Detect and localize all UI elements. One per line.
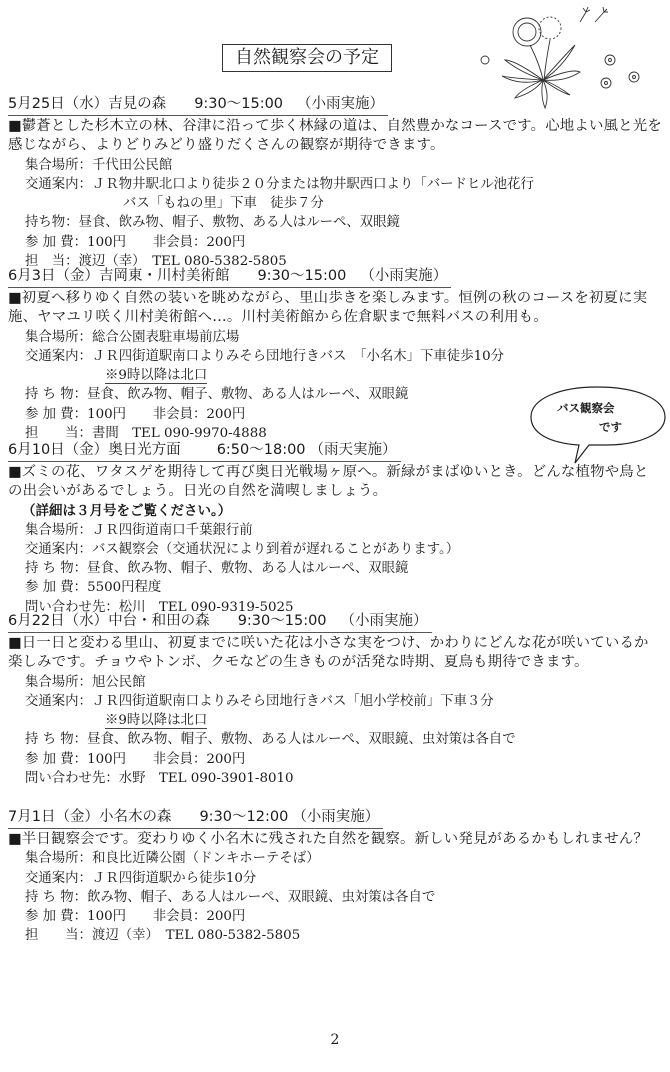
event-section: 7月1日（金）小名木の森9:30～12:00（小雨実施） ■半日観察会です。変わ… (8, 806, 663, 946)
detail-row: 交通案内：ＪＲ四街道駅から徒歩10分 (8, 869, 663, 888)
detail-row: 交通案内：ＪＲ四街道駅南口よりみそら団地行きバス 「小名木」下車徒歩10分 (8, 347, 663, 366)
detail-row: 交通案内：ＪＲ四街道駅南口よりみそら団地行きバス「旭小学校前」下車３分 (8, 692, 663, 711)
detail-row: 集合場所：千代田公民館 (8, 156, 663, 175)
detail-row: 持 ち 物：昼食、飲み物、帽子、敷物、ある人はルーペ、双眼鏡 (8, 559, 663, 578)
event-note: （詳細は３月号をご覧ください。） (8, 502, 663, 521)
detail-row: バス「もねの里」下車 徒歩７分 (8, 194, 663, 213)
detail-row: 集合場所：旭公民館 (8, 673, 663, 692)
bubble-line1: バス観察会 (557, 400, 615, 416)
detail-row: ※9時以降は北口 (8, 711, 663, 730)
detail-row: 問い合わせ先：水野 TEL 090-3901-8010 (8, 769, 663, 788)
event-section: 6月10日（金）奥日光方面6:50～18:00（雨天実施） ■ズミの花、ワタスゲ… (8, 439, 663, 617)
event-description: ■半日観察会です。変わりゆく小名木に残された自然を観察。新しい発見があるかもしれ… (8, 830, 663, 849)
event-date: 5月25日（水） (8, 96, 108, 112)
event-section: 5月25日（水）吉見の森9:30～15:00（小雨実施） ■鬱蒼とした杉木立の林… (8, 93, 663, 271)
detail-row: 集合場所：総合公園表駐車場前広場 (8, 328, 663, 347)
event-description: ■ズミの花、ワタスゲを期待して再び奥日光戦場ヶ原へ。新緑がまばゆいとき。どんな植… (8, 463, 663, 502)
page-number: 2 (0, 1032, 670, 1048)
event-time: 9:30～15:00 (194, 96, 283, 112)
detail-row: 交通案内：バス観察会（交通状況により到着が遅れることがあります。） (8, 540, 663, 559)
event-heading: 6月3日（金）吉岡東・川村美術館9:30～15:00（小雨実施） (8, 267, 451, 288)
detail-row: 参 加 費：100円 非会員：200円 (8, 233, 663, 252)
detail-row: 持 ち 物：飲み物、帽子、ある人はルーペ、双眼鏡、虫対策は各自で (8, 888, 663, 907)
event-description: ■初夏へ移りゆく自然の装いを眺めながら、里山歩きを楽しみます。恒例の秋のコースを… (8, 289, 663, 328)
event-heading: 6月10日（金）奥日光方面6:50～18:00（雨天実施） (8, 441, 401, 462)
event-section: 6月22日（水）中台・和田の森9:30～15:00（小雨実施） ■日一日と変わる… (8, 610, 663, 788)
detail-row: 参 加 費：5500円程度 (8, 578, 663, 597)
detail-row: 参 加 費：100円 非会員：200円 (8, 907, 663, 926)
detail-row: 交通案内：ＪＲ物井駅北口より徒歩２０分または物井駅西口より「バードヒル池花行 (8, 175, 663, 194)
event-weather: （小雨実施） (297, 96, 384, 112)
detail-row: 参 加 費：100円 非会員：200円 (8, 750, 663, 769)
event-place: 吉見の森 (108, 96, 166, 112)
event-heading: 6月22日（水）中台・和田の森9:30～15:00（小雨実施） (8, 612, 432, 633)
detail-row: 集合場所：ＪＲ四街道南口千葉銀行前 (8, 521, 663, 540)
detail-row: 集合場所：和良比近隣公園（ドンキホーテそば） (8, 849, 663, 868)
event-heading: 7月1日（金）小名木の森9:30～12:00（小雨実施） (8, 808, 383, 829)
event-description: ■鬱蒼とした杉木立の林、谷津に沿って歩く林縁の道は、自然豊かなコースです。心地よ… (8, 117, 663, 156)
detail-row: 持ち物：昼食、飲み物、帽子、敷物、ある人はルーペ、双眼鏡 (8, 213, 663, 232)
event-heading: 5月25日（水）吉見の森9:30～15:00（小雨実施） (8, 95, 388, 116)
bubble-line2: です (599, 419, 622, 435)
detail-row: 持 ち 物：昼食、飲み物、帽子、敷物、ある人はルーペ、双眼鏡、虫対策は各自で (8, 730, 663, 749)
event-description: ■日一日と変わる里山、初夏までに咲いた花は小さな実をつけ、かわりにどんな花が咲い… (8, 634, 663, 673)
page-title: 自然観察会の予定 (222, 44, 392, 72)
detail-row: 担 当：渡辺（幸） TEL 080-5382-5805 (8, 926, 663, 945)
